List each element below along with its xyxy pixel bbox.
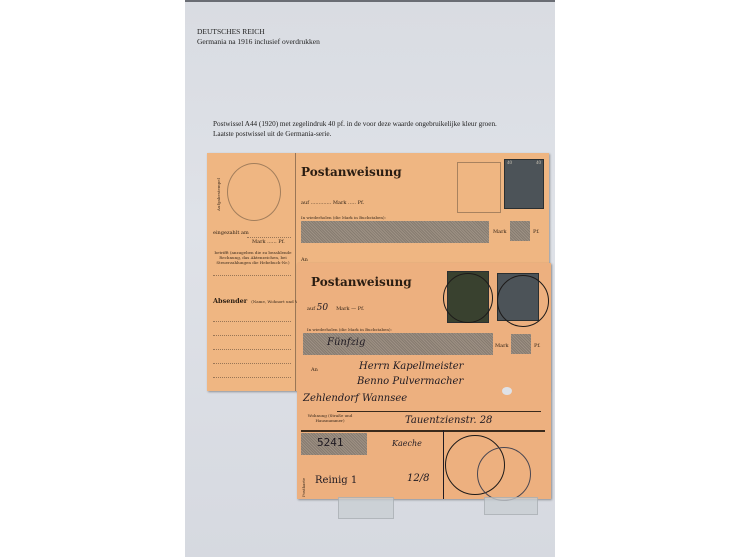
imprinted-stamp-germania: 40 40 [504,159,544,209]
recipient-line-2: Benno Pulvermacher [357,376,463,387]
postmark-second [477,447,531,501]
divider [213,335,291,336]
form-title: Postanweisung [301,165,402,179]
right-mark-label: Mark [495,343,509,349]
stamp-placement-box [457,162,501,213]
stub-pf-label: Pf. [278,239,285,245]
stub-vertical-label: Aufgabestempel [216,178,221,211]
recipient-line-3: Zehlendorf Wannsee [303,393,407,404]
repeat-amount-label: In wiederholen (die Mark in Buchstaben): [307,327,392,332]
mounting-hinge-left [338,497,394,519]
description-line-1: Postwissel A44 (1920) met zegelindruk 40… [213,119,543,129]
wohnung-label: Wohnung (Straße und Hausnummer) [305,413,355,423]
sender-label: Absender [213,297,247,305]
mark-label: Mark [336,306,350,312]
divider [213,363,291,364]
postmark-circle [497,275,549,327]
mark-label: Mark [333,200,347,206]
divider [213,275,291,276]
pf-box [511,334,531,354]
pf-label: Pf. [358,200,365,206]
right-pf-label: Pf. [534,343,541,349]
amount-handwritten: 50 [317,303,328,313]
divider [213,321,291,322]
form-title: Postanweisung [311,275,412,289]
stub-mark-row: Mark ...... Pf. [252,239,285,245]
amount-row: auf 50 Mark — Pf. [307,303,364,313]
mounting-hinge-right [484,497,538,515]
postal-order-card-used: Postanweisung auf 50 Mark — Pf. In wiede… [297,263,551,499]
signature-script: Kaeche [392,439,422,448]
divider [213,377,291,378]
auf-label: auf [307,306,315,312]
side-label: Postkarte [301,478,306,497]
series-subheading: Germania na 1916 inclusief overdrukken [197,37,320,47]
item-description: Postwissel A44 (1920) met zegelindruk 40… [213,119,543,139]
right-mark-label: Mark [493,229,507,235]
stamp-value-right: 40 [536,161,541,166]
street-handwritten: Tauentzienstr. 28 [405,415,492,426]
stub-note: betrifft (anzugeben die zu bezahlende Re… [213,250,293,265]
repeat-amount-label: In wiederholen (die Mark in Buchstaben): [301,215,386,220]
punch-hole [502,387,512,395]
description-line-2: Laatste postwissel uit de Germania-serie… [213,129,543,139]
recipient-line-1: Herrn Kapellmeister [359,361,463,372]
stub-paid-label: eingezahlt am [213,230,249,236]
cancel-stamp-circle [227,163,281,221]
amount-words-field [301,221,489,243]
country-heading: DEUTSCHES REICH [197,27,320,37]
page-header: DEUTSCHES REICH Germania na 1916 inclusi… [197,27,320,47]
auf-label: auf [301,200,309,206]
divider [337,411,541,412]
divider [213,349,291,350]
pf-label: Pf. [358,306,365,312]
right-pf-label: Pf. [533,229,540,235]
stub-divider [295,153,296,391]
an-label: An [311,367,318,373]
divider [301,430,545,432]
pf-box [510,221,530,241]
divider [247,237,291,238]
bottom-divider [443,430,444,499]
postmark-circle [443,273,493,323]
bottom-mid-script: 12/8 [407,473,429,484]
number-box-value: 5241 [317,436,344,449]
amount-row: auf ............. Mark ..... Pf. [301,200,364,206]
bottom-left-script: Reinig 1 [315,475,357,486]
amount-words-handwritten: Fünfzig [327,337,365,348]
stub-mark-label: Mark [252,239,266,245]
stamp-value-left: 40 [507,161,512,166]
